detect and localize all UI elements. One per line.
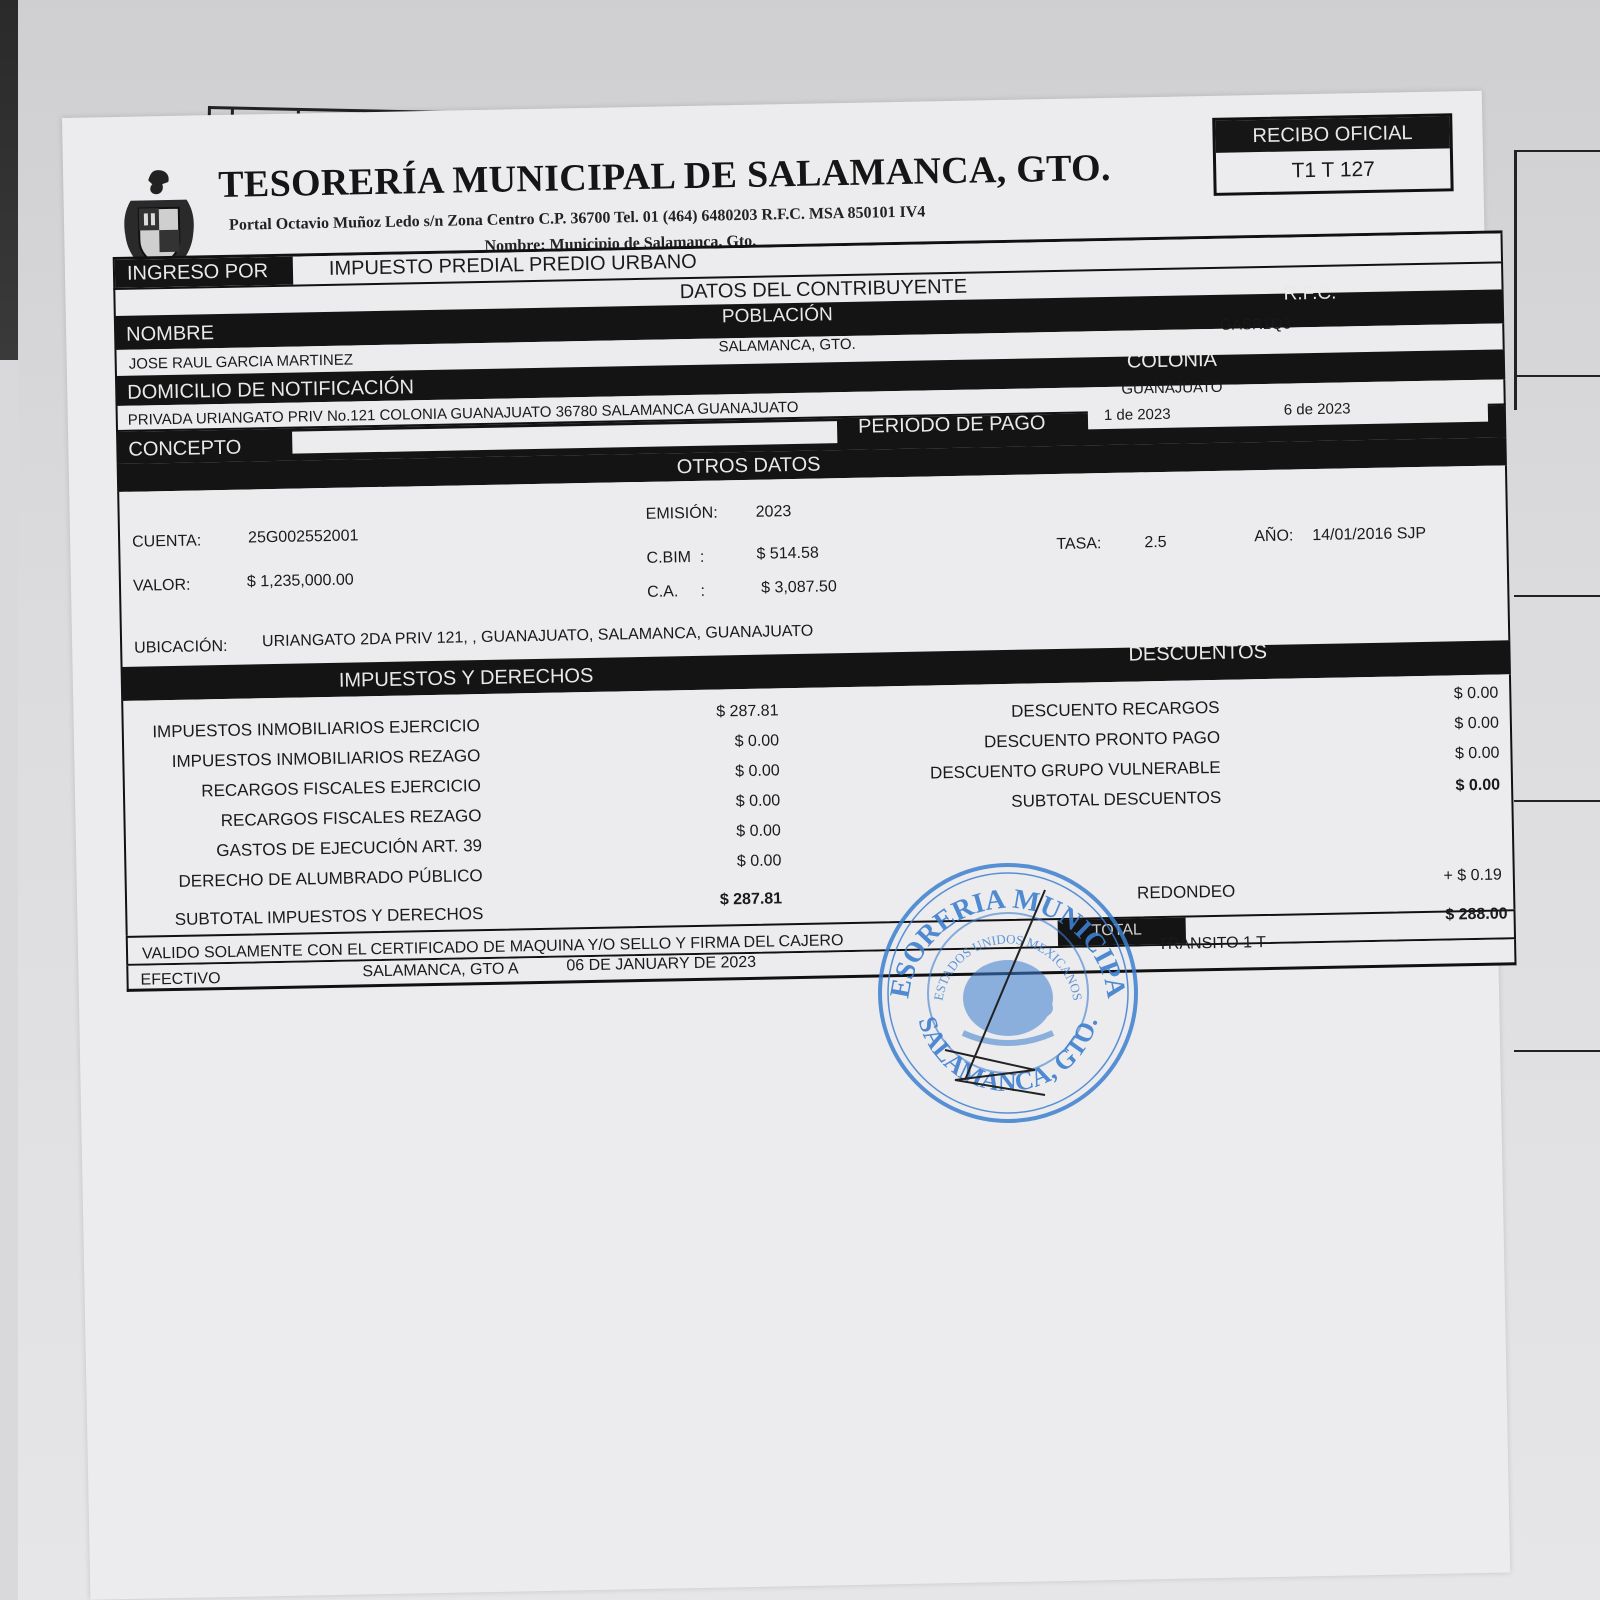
concept-label: CONCEPTO	[128, 437, 241, 462]
taxes-title: IMPUESTOS Y DERECHOS	[339, 665, 594, 693]
rounding-value: + $ 0.19	[1427, 867, 1502, 886]
discounts-title: DESCUENTOS	[1128, 641, 1267, 667]
taxes-subtotal-label: SUBTOTAL IMPUESTOS Y DERECHOS	[175, 904, 484, 930]
taxpayer-population: SALAMANCA, GTO.	[718, 336, 856, 356]
cbim-value: $ 514.58	[756, 545, 819, 564]
taxes-panel: IMPUESTOS INMOBILIARIOS EJERCICIO$ 287.8…	[121, 674, 1515, 936]
discount-item-label: DESCUENTO PRONTO PAGO	[984, 728, 1220, 753]
payment-place: SALAMANCA, GTO A	[362, 960, 519, 981]
transit-code: TRANSITO 1 T	[1158, 934, 1266, 954]
location-label: UBICACIÓN:	[134, 638, 228, 658]
taxpayer-rfc: GASR1Q3	[1220, 315, 1291, 333]
receipt-form: INGRESO POR IMPUESTO PREDIAL PREDIO URBA…	[113, 230, 1517, 992]
right-sheet-lines	[1510, 130, 1600, 1130]
discount-item-label: DESCUENTO GRUPO VULNERABLE	[930, 758, 1221, 784]
rfc-label: R.F.C.	[1283, 283, 1336, 306]
income-label: INGRESO POR	[115, 257, 294, 288]
ca-value: $ 3,087.50	[761, 578, 837, 597]
total-amount: $ 288.00	[1417, 905, 1507, 925]
colonia-label: COLONIA	[1127, 349, 1217, 374]
issue-label: EMISIÓN:	[646, 504, 718, 523]
tax-item-value: $ 0.00	[679, 732, 779, 752]
property-value: $ 1,235,000.00	[247, 571, 354, 591]
discount-item-value: $ 0.00	[1424, 745, 1499, 764]
account-number: 25G002552001	[248, 527, 359, 547]
tax-item-label: IMPUESTOS INMOBILIARIOS EJERCICIO	[152, 716, 480, 742]
ca-label: C.A. :	[647, 583, 705, 602]
value-label: VALOR:	[133, 577, 191, 596]
payment-date: 06 DE JANUARY DE 2023	[566, 954, 756, 976]
name-label: NOMBRE	[126, 322, 214, 347]
tax-item-label: IMPUESTOS INMOBILIARIOS REZAGO	[172, 746, 481, 772]
taxpayer-colonia: GUANAJUATO	[1121, 379, 1222, 398]
taxpayer-name: JOSE RAUL GARCIA MARTINEZ	[129, 351, 354, 372]
period-to: 6 de 2023	[1284, 400, 1351, 418]
year-label: AÑO:	[1254, 527, 1293, 546]
receipt-number-label: RECIBO OFICIAL	[1215, 116, 1450, 152]
issue-year: 2023	[756, 503, 792, 522]
total-label: TOTAL	[1092, 921, 1142, 940]
tax-item-value: $ 0.00	[680, 792, 780, 812]
cbim-label: C.BIM :	[646, 549, 704, 568]
rate-value: 2.5	[1144, 534, 1167, 552]
tax-item-value: $ 0.00	[680, 762, 780, 782]
taxes-subtotal: $ 287.81	[682, 890, 782, 910]
account-label: CUENTA:	[132, 532, 201, 551]
tax-item-label: GASTOS DE EJECUCIÓN ART. 39	[216, 836, 482, 861]
period-label: PERIODO DE PAGO	[858, 412, 1046, 439]
official-receipt: TESORERÍA MUNICIPAL DE SALAMANCA, GTO. P…	[62, 91, 1510, 1600]
discount-item-value: $ 0.00	[1424, 715, 1499, 734]
office-address: Portal Octavio Muñoz Ledo s/n Zona Centr…	[229, 203, 926, 234]
discount-item-label: DESCUENTO RECARGOS	[1011, 698, 1220, 722]
receipt-number-box: RECIBO OFICIAL T1 T 127	[1212, 113, 1453, 196]
year-value: 14/01/2016 SJP	[1312, 525, 1426, 545]
receipt-number: T1 T 127	[1216, 148, 1451, 192]
population-label: POBLACIÓN	[722, 304, 833, 328]
office-title: TESORERÍA MUNICIPAL DE SALAMANCA, GTO.	[218, 146, 1111, 207]
period-from: 1 de 2023	[1104, 406, 1171, 424]
other-data-title: OTROS DATOS	[677, 454, 821, 480]
tax-item-value: $ 0.00	[681, 852, 781, 872]
tax-item-label: DERECHO DE ALUMBRADO PÚBLICO	[178, 866, 483, 892]
tax-item-value: $ 287.81	[678, 702, 778, 722]
tax-item-label: RECARGOS FISCALES EJERCICIO	[201, 776, 481, 801]
rounding-label: REDONDEO	[1137, 882, 1236, 904]
other-data-panel: CUENTA: 25G002552001 VALOR: $ 1,235,000.…	[117, 465, 1510, 667]
rate-label: TASA:	[1056, 535, 1101, 554]
discount-item-value: $ 0.00	[1423, 685, 1498, 704]
property-location: URIANGATO 2DA PRIV 121, , GUANAJUATO, SA…	[262, 623, 813, 652]
payment-method: EFECTIVO	[140, 970, 220, 990]
tax-item-label: RECARGOS FISCALES REZAGO	[221, 806, 482, 831]
discounts-subtotal: $ 0.00	[1425, 777, 1500, 796]
tax-item-value: $ 0.00	[681, 822, 781, 842]
discounts-subtotal-label: SUBTOTAL DESCUENTOS	[1011, 788, 1221, 812]
